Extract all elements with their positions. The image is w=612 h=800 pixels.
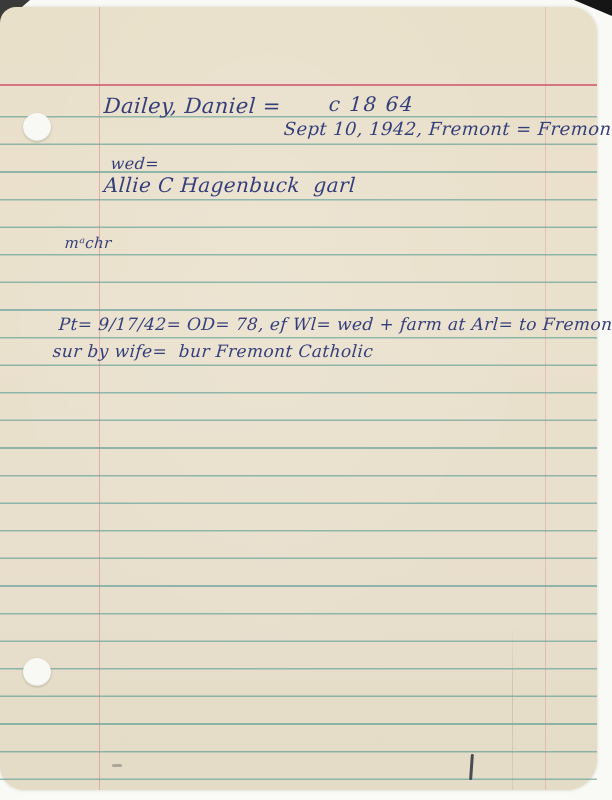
handwritten-obit-line-1: Pt= 9/17/42= OD= 78, ef Wl= wed + farm a… — [58, 315, 612, 335]
ruled-lines — [0, 116, 597, 791]
handwritten-spouse-line: Allie C Hagenbuck garl — [103, 173, 357, 197]
notebook-paper: Dailey, Daniel = c 18 64 Sept 10, 1942, … — [0, 7, 597, 790]
scanned-page: Dailey, Daniel = c 18 64 Sept 10, 1942, … — [0, 0, 612, 800]
handwritten-wed-label: wed= — [110, 154, 160, 173]
small-smudge — [112, 764, 122, 767]
handwritten-name-line: Dailey, Daniel = — [103, 94, 282, 118]
top-margin-line — [0, 84, 597, 86]
handwritten-event-line: Sept 10, 1942, Fremont = Fremont — [283, 119, 612, 140]
hole-punch-bottom — [23, 658, 51, 686]
handwritten-shorthand: mᵃchr — [64, 234, 112, 252]
left-margin-line — [99, 7, 100, 790]
hole-punch-top — [23, 113, 51, 141]
handwritten-obit-line-2: sur by wife= bur Fremont Catholic — [52, 342, 374, 362]
handwritten-circa-year: c 18 64 — [328, 92, 415, 116]
paper-crease — [512, 627, 513, 790]
